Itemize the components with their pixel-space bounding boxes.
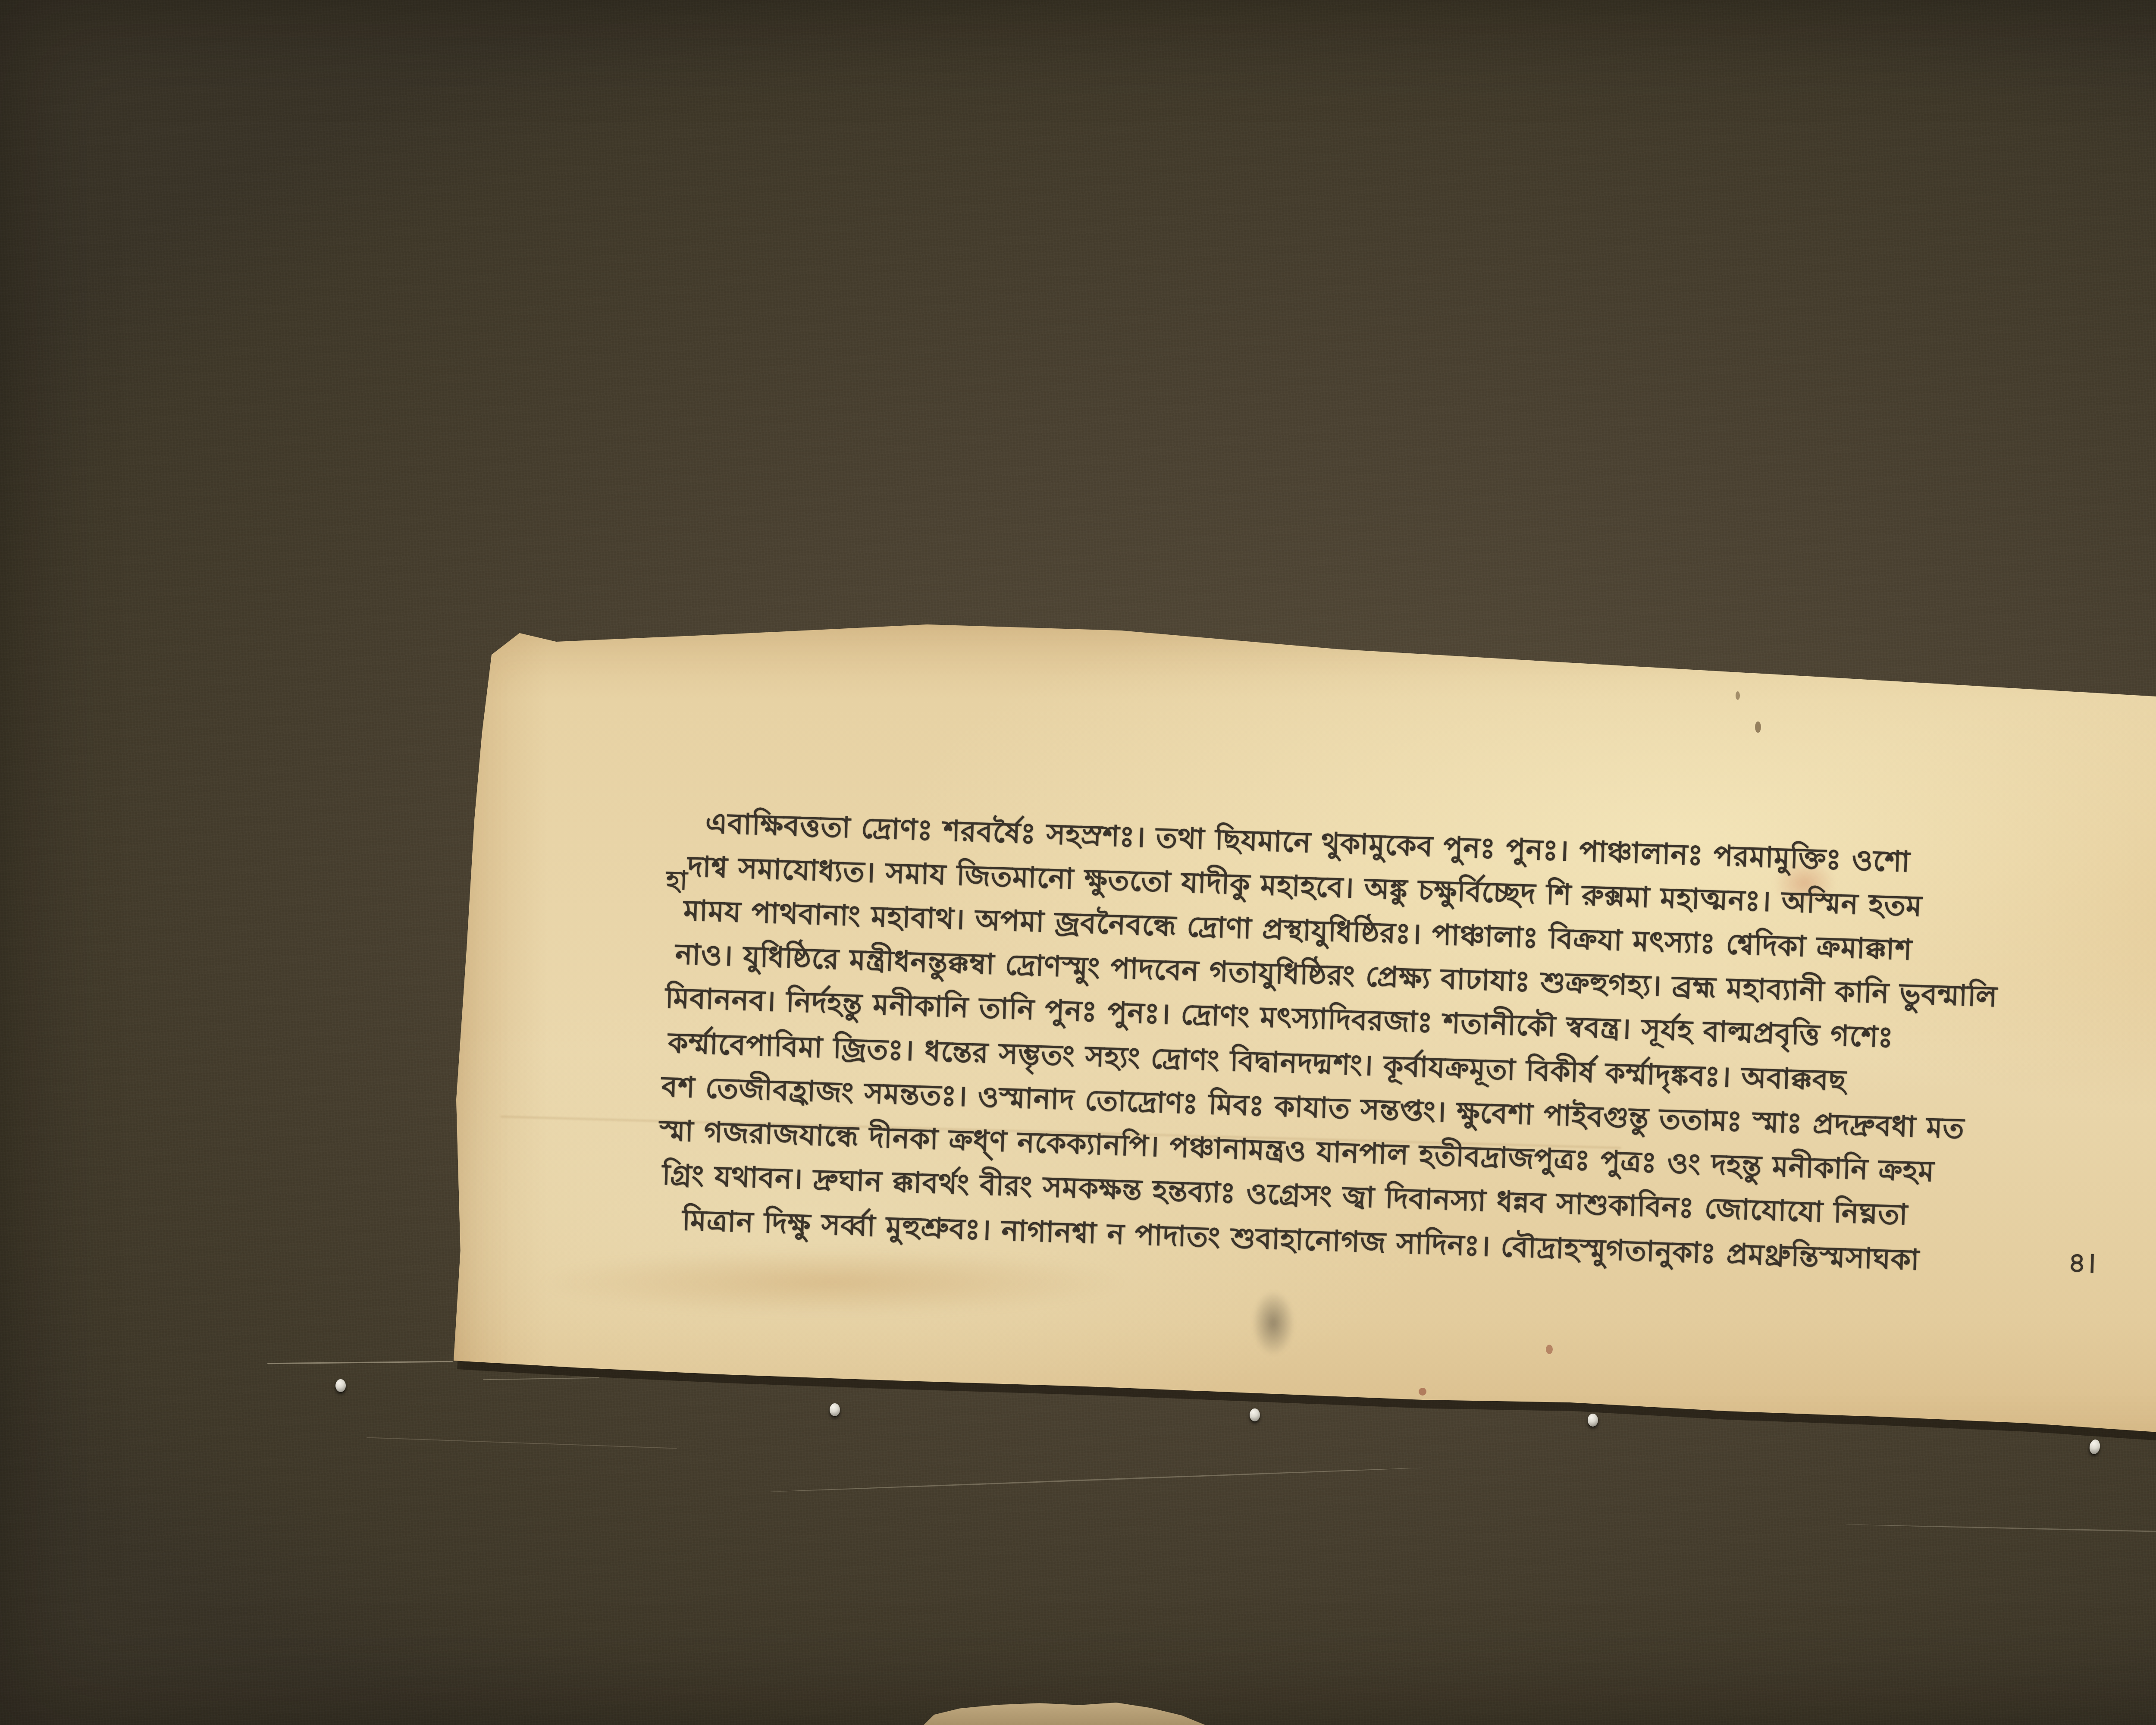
mounting-pin-icon [830,1403,840,1416]
mounting-pin-icon [1588,1414,1598,1427]
manuscript-leaf: এবাক্ষিবত্ততা দ্রোণঃ শরবর্ষৈঃ সহস্রশঃ। ত… [448,616,2156,1455]
scratch-mark [1846,1524,2156,1539]
manuscript-text-block: এবাক্ষিবত্ততা দ্রোণঃ শরবর্ষৈঃ সহস্রশঃ। ত… [654,783,2156,1352]
scratch-mark [267,1361,453,1364]
folio-number: ৪। [2068,1242,2096,1289]
marginal-note: হা [665,860,688,904]
second-leaf-edge [923,1701,1207,1725]
scratch-mark [367,1437,677,1449]
scratch-mark [768,1467,1423,1493]
mounting-pin-icon [2088,1439,2101,1455]
mounting-pin-icon [1250,1408,1260,1421]
scratch-mark [483,1377,599,1380]
mounting-pin-icon [335,1379,346,1392]
photo-of-manuscript: এবাক্ষিবত্ততা দ্রোণঃ শরবর্ষৈঃ সহস্রশঃ। ত… [0,0,2156,1725]
